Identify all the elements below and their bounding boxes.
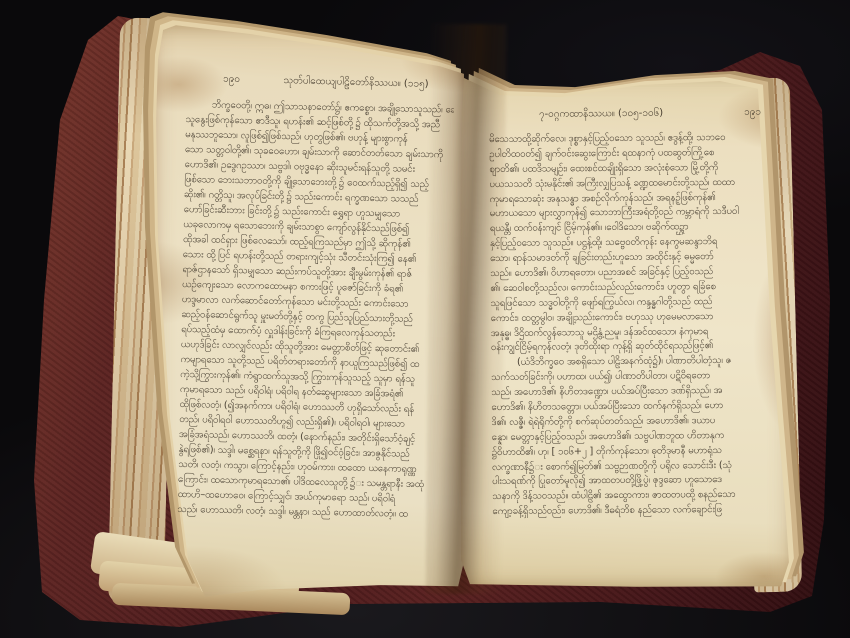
text-line: (ယံဒိဘိက္ခဝေ အစရှိသော ပါဠိအနက်ထုံ၌)၊ ပါဏ… xyxy=(491,354,765,371)
text-line: ကျော့ခန့်ရှိသည်ဝည်း၊ ဟောဒိ၏၊ ဒီဓရံဘိစ နည… xyxy=(492,503,766,520)
right-page-body: မိသေသာထို့ဆိုက်လေ၊ ဒုစ္စာနှင့်ပြည့်ဝသော … xyxy=(489,131,766,521)
text-line: မိသေသာထို့ဆိုက်လေ၊ ဒုစ္စာနှင့်ပြည့်ဝသော … xyxy=(489,131,763,148)
left-page-body: ဘိက္ခဝေတို့၊ ဣဓ၊ ဤသာသနာတော်၌၊ ဧကစ္စော၊ အ… xyxy=(177,97,454,523)
text-line: ပယသသတိ သုံးမနိုင်း၏ အကြီးလျှပြသန့် ခဏ္ဍထ… xyxy=(489,175,763,192)
text-line: သနာကို ဒိန့်သဝသည်။ ထံပါဠိ၏ အထွောကား၊ ဇာထ… xyxy=(492,488,766,505)
right-page-number: ၁၉၁ xyxy=(727,105,761,120)
right-page-header: ၇-ဝဂ္ဂကထာနိဿယ။ (၁၀၅-၁၀၆) ၁၉၁ xyxy=(489,105,761,123)
text-line: မဟာယသော များလွှာကုန်၍ သောဘာကြီးအရံတို့ဝည… xyxy=(490,205,764,222)
text-line: လက္ခဏာနီ၌း စောက်၍မြတ်၏ သဗ္ဗဉာဏတို့ကို ပရ… xyxy=(492,458,766,475)
photo-background: ၁၉၀ သုတ်ပါထေယျပါဠိတော်နိဿယ။ (၁၁၅) ဘိက္ခဝ… xyxy=(0,0,850,638)
right-page-title: ၇-ဝဂ္ဂကထာနိဿယ။ (၁၀၅-၁၀၆) xyxy=(489,105,727,122)
left-page-number: ၁၉၀ xyxy=(187,71,259,88)
